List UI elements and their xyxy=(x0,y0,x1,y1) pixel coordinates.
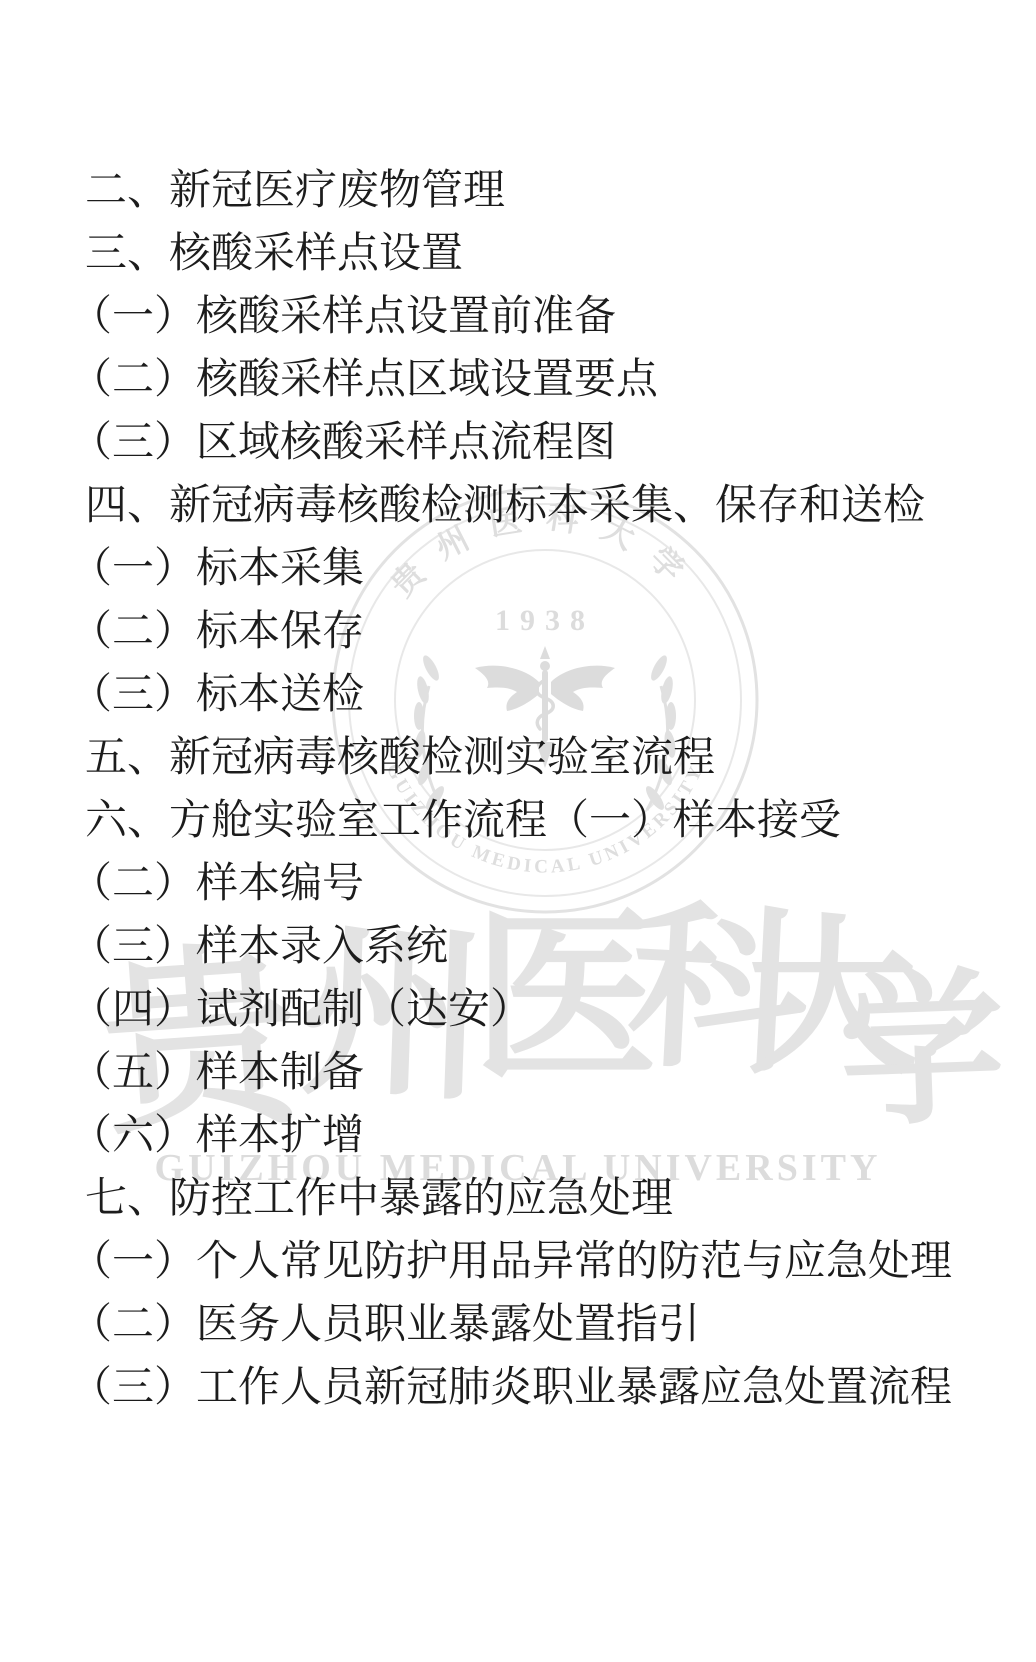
toc-line: （一）标本采集 xyxy=(0,538,1036,601)
toc-line: （三）区域核酸采样点流程图 xyxy=(0,412,1036,475)
document-page: 贵州医科大学 1938 GUIZHOU MEDICAL UNIVERSITY xyxy=(0,0,1036,1662)
toc-line: 五、新冠病毒核酸检测实验室流程 xyxy=(0,727,1036,790)
toc-line: （二）标本保存 xyxy=(0,601,1036,664)
toc-line: （一）个人常见防护用品异常的防范与应急处理 xyxy=(0,1231,1036,1294)
toc-line: 七、防控工作中暴露的应急处理 xyxy=(0,1168,1036,1231)
toc-line: （二）医务人员职业暴露处置指引 xyxy=(0,1294,1036,1357)
toc-line: （四）试剂配制（达安） xyxy=(0,979,1036,1042)
toc-line: 二、新冠医疗废物管理 xyxy=(0,160,1036,223)
toc-line: （二）核酸采样点区域设置要点 xyxy=(0,349,1036,412)
toc-line: （五）样本制备 xyxy=(0,1042,1036,1105)
toc-line: （三）工作人员新冠肺炎职业暴露应急处置流程 xyxy=(0,1357,1036,1420)
toc-line: 三、核酸采样点设置 xyxy=(0,223,1036,286)
toc-line: （六）样本扩增 xyxy=(0,1105,1036,1168)
toc-line: （二）样本编号 xyxy=(0,853,1036,916)
toc-line: 四、新冠病毒核酸检测标本采集、保存和送检 xyxy=(0,475,1036,538)
toc-line: 六、方舱实验室工作流程（一）样本接受 xyxy=(0,790,1036,853)
toc-line: （三）标本送检 xyxy=(0,664,1036,727)
toc-line: （一）核酸采样点设置前准备 xyxy=(0,286,1036,349)
toc-list: 二、新冠医疗废物管理三、核酸采样点设置（一）核酸采样点设置前准备（二）核酸采样点… xyxy=(0,160,1036,1420)
toc-line: （三）样本录入系统 xyxy=(0,916,1036,979)
